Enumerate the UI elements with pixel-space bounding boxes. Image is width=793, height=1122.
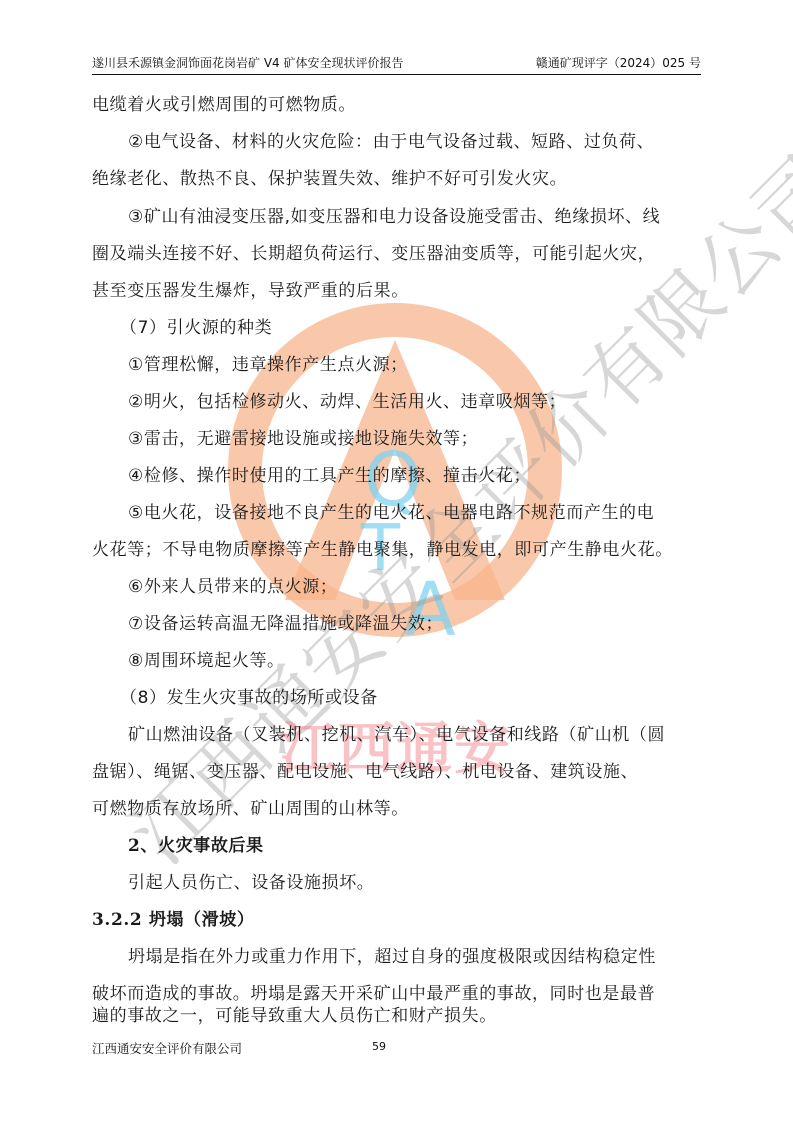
subsection-heading: （7）引火源的种类 xyxy=(120,317,730,339)
body-line: 破坏而造成的事故。坍塌是露天开采矿山中最严重的事故，同时也是最普 xyxy=(92,983,702,1005)
document-number: 赣通矿现评字（2024）025 号 xyxy=(536,54,701,72)
list-item: ⑧周围环境起火等。 xyxy=(128,650,738,672)
body-line: 绝缘老化、散热不良、保护装置失效、维护不好可引发火灾。 xyxy=(92,168,702,190)
section-heading: 3.2.2 坍塌（滑坡） xyxy=(92,909,702,931)
list-item: ⑤电火花，设备接地不良产生的电火花、电器电路不规范而产生的电 xyxy=(128,502,738,524)
report-title: 遂川县禾源镇金洞饰面花岗岩矿 V4 矿体安全现状评价报告 xyxy=(92,54,403,72)
list-item: ②电气设备、材料的火灾危险：由于电气设备过载、短路、过负荷、 xyxy=(128,131,738,153)
body-line: 可燃物质存放场所、矿山周围的山林等。 xyxy=(92,798,702,820)
list-item: ④检修、操作时使用的工具产生的摩擦、撞击火花； xyxy=(128,465,738,487)
list-item: ③雷击，无避雷接地设施或接地设施失效等； xyxy=(128,428,738,450)
list-item: ⑦设备运转高温无降温措施或降温失效； xyxy=(128,613,738,635)
footer-company: 江西通安安全评价有限公司 xyxy=(92,1039,242,1057)
page-number: 59 xyxy=(372,1040,386,1053)
list-item: ③矿山有油浸变压器,如变压器和电力设备设施受雷击、绝缘损坏、线 xyxy=(128,206,738,228)
list-item: ⑥外来人员带来的点火源； xyxy=(128,576,738,598)
body-line: 电缆着火或引燃周围的可燃物质。 xyxy=(92,94,702,116)
body-line: 坍塌是指在外力或重力作用下，超过自身的强度极限或因结构稳定性 xyxy=(128,946,738,968)
body-line: 盘锯）、绳锯、变压器、配电设施、电气线路）、机电设备、建筑设施、 xyxy=(92,761,702,783)
subsection-heading: （8）发生火灾事故的场所或设备 xyxy=(120,687,730,709)
section-heading: 2、火灾事故后果 xyxy=(128,835,738,857)
list-item: ②明火，包括检修动火、动焊、生活用火、违章吸烟等； xyxy=(128,391,738,413)
page-header: 遂川县禾源镇金洞饰面花岗岩矿 V4 矿体安全现状评价报告 赣通矿现评字（2024… xyxy=(92,54,701,75)
body-line: 圈及端头连接不好、长期超负荷运行、变压器油变质等，可能引起火灾， xyxy=(92,243,702,265)
body-line: 矿山燃油设备（叉装机、挖机、汽车）、电气设备和线路（矿山机（圆 xyxy=(128,724,738,746)
list-item: ①管理松懈，违章操作产生点火源； xyxy=(128,354,738,376)
document-page: Q T A 江西通安安全评价有限公司 江西通安 遂川县禾源镇金洞饰面花岗岩矿 V… xyxy=(0,0,793,1122)
body-line: 甚至变压器发生爆炸，导致严重的后果。 xyxy=(92,280,702,302)
body-line: 引起人员伤亡、设备设施损坏。 xyxy=(128,872,738,894)
body-line: 火花等；不导电物质摩擦等产生静电聚集，静电发电，即可产生静电火花。 xyxy=(92,539,702,561)
body-line: 遍的事故之一，可能导致重大人员伤亡和财产损失。 xyxy=(92,1005,702,1027)
